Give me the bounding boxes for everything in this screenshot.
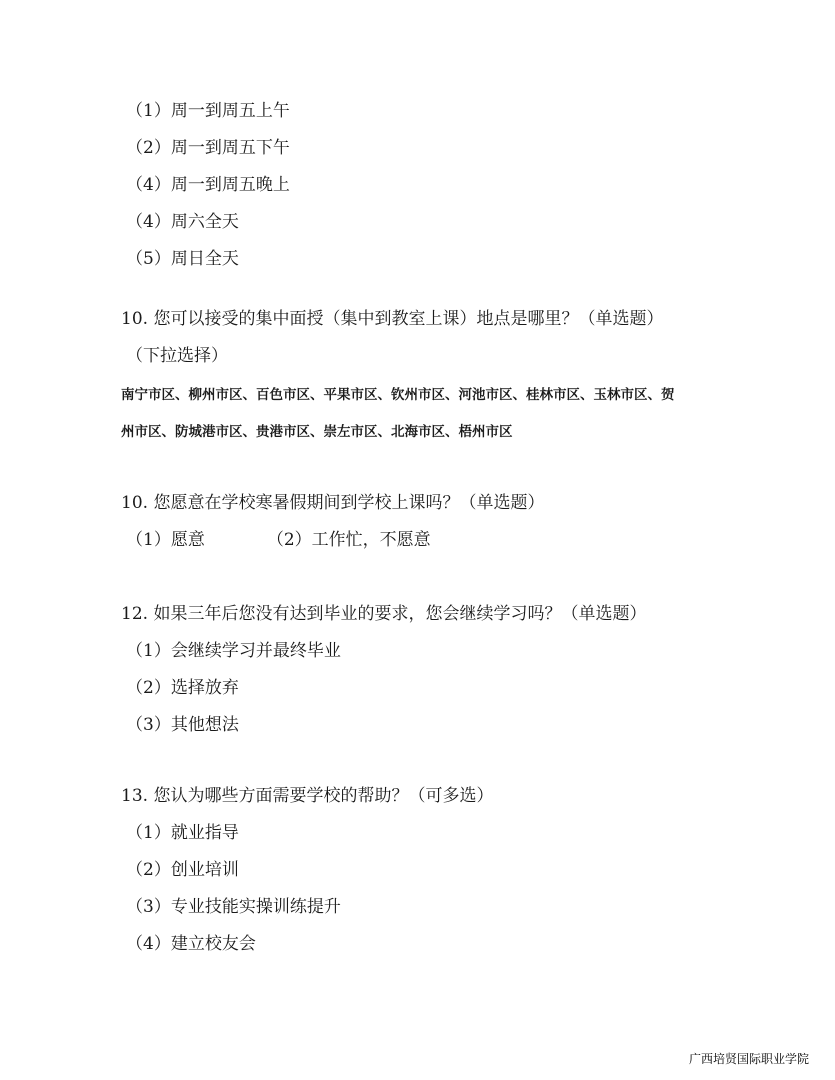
q12-option: （2）选择放弃 — [126, 677, 239, 699]
q10a-cities: 南宁市区、柳州市区、百色市区、平果市区、钦州市区、河池市区、桂林市区、玉林市区、… — [121, 384, 675, 406]
q9-option: （4）周六全天 — [126, 211, 239, 233]
q10b-option: （1）愿意 — [126, 530, 205, 550]
q9-option: （4）周一到周五晚上 — [126, 174, 290, 196]
q9-option: （1）周一到周五上午 — [126, 100, 290, 122]
footer-institution: 广西培贤国际职业学院 — [689, 1050, 809, 1067]
q13-option: （4）建立校友会 — [126, 933, 256, 955]
q12-title: 12. 如果三年后您没有达到毕业的要求，您会继续学习吗？（单选题） — [121, 603, 646, 625]
q10a-cities: 州市区、防城港市区、贵港市区、崇左市区、北海市区、梧州市区 — [121, 421, 513, 443]
q10a-subtitle: （下拉选择） — [126, 345, 228, 367]
q9-option: （2）周一到周五下午 — [126, 137, 290, 159]
q13-option: （1）就业指导 — [126, 822, 239, 844]
q10b-option: （2）工作忙，不愿意 — [267, 530, 431, 550]
q13-option: （2）创业培训 — [126, 859, 239, 881]
q10b-options: （1）愿意（2）工作忙，不愿意 — [126, 529, 431, 551]
q13-title: 13. 您认为哪些方面需要学校的帮助？（可多选） — [121, 785, 493, 807]
q9-option: （5）周日全天 — [126, 248, 239, 270]
q12-option: （1）会继续学习并最终毕业 — [126, 640, 341, 662]
q12-option: （3）其他想法 — [126, 714, 239, 736]
q13-option: （3）专业技能实操训练提升 — [126, 896, 341, 918]
q10b-title: 10. 您愿意在学校寒暑假期间到学校上课吗？（单选题） — [121, 492, 544, 514]
q10a-title: 10. 您可以接受的集中面授（集中到教室上课）地点是哪里？（单选题） — [121, 308, 663, 330]
